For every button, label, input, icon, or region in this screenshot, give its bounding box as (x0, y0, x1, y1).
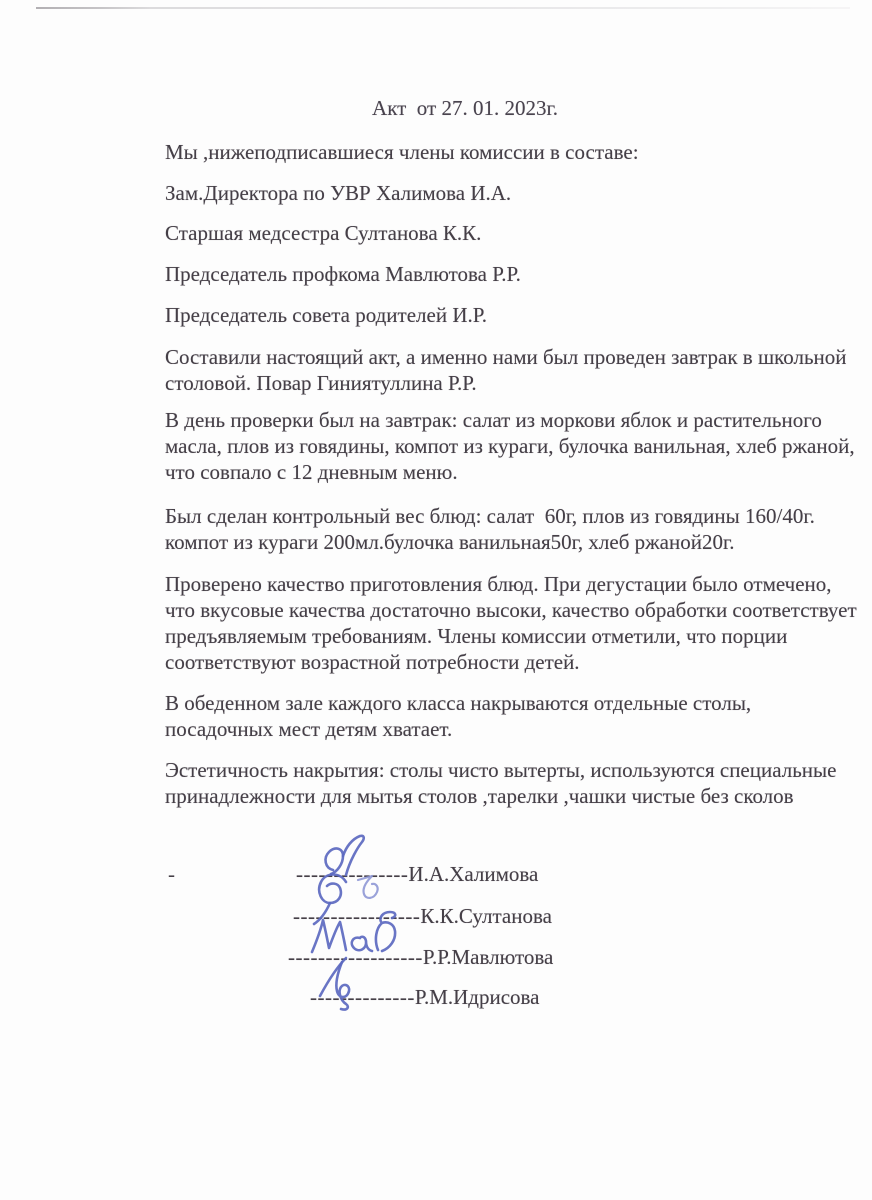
text-line: соответствуют возрастной потребности дет… (165, 649, 855, 675)
text-line: масла, плов из говядины, компот из кураг… (165, 433, 855, 459)
text-line: принадлежности для мытья столов ,тарелки… (165, 783, 855, 809)
signature-row-khalimova: ---------------И.А.Халимова (296, 861, 538, 887)
text-line: Председатель профкома Мавлютова Р.Р. (165, 261, 855, 287)
text-line: предъявляемым требованиям. Члены комисси… (165, 623, 855, 649)
text-line: что совпало с 12 дневным меню. (165, 459, 855, 485)
text-line: Председатель совета родителей И.Р. (165, 302, 855, 328)
text-line: Проверено качество приготовления блюд. П… (165, 571, 855, 597)
signature-dash-line: ------------------ (288, 945, 423, 969)
signature-row-mavlyutova: ------------------Р.Р.Мавлютова (288, 944, 553, 970)
text-line: Был сделан контрольный вес блюд: салат 6… (165, 503, 855, 529)
signee-name: К.К.Султанова (420, 904, 552, 928)
signee-name: Р.Р.Мавлютова (423, 945, 554, 969)
signature-row-sultanova: -----------------К.К.Султанова (293, 903, 552, 929)
paragraph-member-parents: Председатель совета родителей И.Р. (165, 302, 855, 328)
stray-dash-mark: - (168, 861, 175, 887)
paragraph-breakfast-menu: В день проверки был на завтрак: салат из… (165, 407, 855, 485)
text-line: что вкусовые качества достаточно высоки,… (165, 597, 855, 623)
text-line: посадочных мест детям хватает. (165, 716, 855, 742)
text-line: Составили настоящий акт, а именно нами б… (165, 344, 855, 370)
paragraph-control-weights: Был сделан контрольный вес блюд: салат 6… (165, 503, 855, 555)
paragraph-quality-check: Проверено качество приготовления блюд. П… (165, 571, 855, 675)
text-line: Зам.Директора по УВР Халимова И.А. (165, 180, 855, 206)
signature-dash-line: --------------- (296, 862, 408, 886)
text-line: столовой. Повар Гиниятуллина Р.Р. (165, 370, 855, 396)
paragraph-commission-intro: Мы ,нижеподписавшиеся члены комиссии в с… (165, 139, 855, 165)
paragraph-member-director: Зам.Директора по УВР Халимова И.А. (165, 180, 855, 206)
text-line: В обеденном зале каждого класса накрываю… (165, 690, 855, 716)
document-title: Акт от 27. 01. 2023г. (165, 95, 765, 121)
text-line: компот из кураги 200мл.булочка ванильная… (165, 529, 855, 555)
paragraph-table-setting: Эстетичность накрытия: столы чисто вытер… (165, 757, 855, 809)
scanned-act-document: Акт от 27. 01. 2023г. Мы ,нижеподписавши… (0, 0, 872, 1200)
signee-name: И.А.Халимова (408, 862, 538, 886)
paragraph-member-nurse: Старшая медсестра Султанова К.К. (165, 220, 855, 246)
paragraph-act-statement: Составили настоящий акт, а именно нами б… (165, 344, 855, 396)
signature-row-idrisova: --------------Р.М.Идрисова (310, 984, 540, 1010)
text-line: Мы ,нижеподписавшиеся члены комиссии в с… (165, 139, 855, 165)
paragraph-member-union: Председатель профкома Мавлютова Р.Р. (165, 261, 855, 287)
text-line: Эстетичность накрытия: столы чисто вытер… (165, 757, 855, 783)
paragraph-dining-hall: В обеденном зале каждого класса накрываю… (165, 690, 855, 742)
signee-name: Р.М.Идрисова (415, 985, 540, 1009)
text-line: Старшая медсестра Султанова К.К. (165, 220, 855, 246)
scan-artifact-line (36, 7, 850, 9)
text-line: В день проверки был на завтрак: салат из… (165, 407, 855, 433)
signature-dash-line: -------------- (310, 985, 415, 1009)
signature-dash-line: ----------------- (293, 904, 420, 928)
